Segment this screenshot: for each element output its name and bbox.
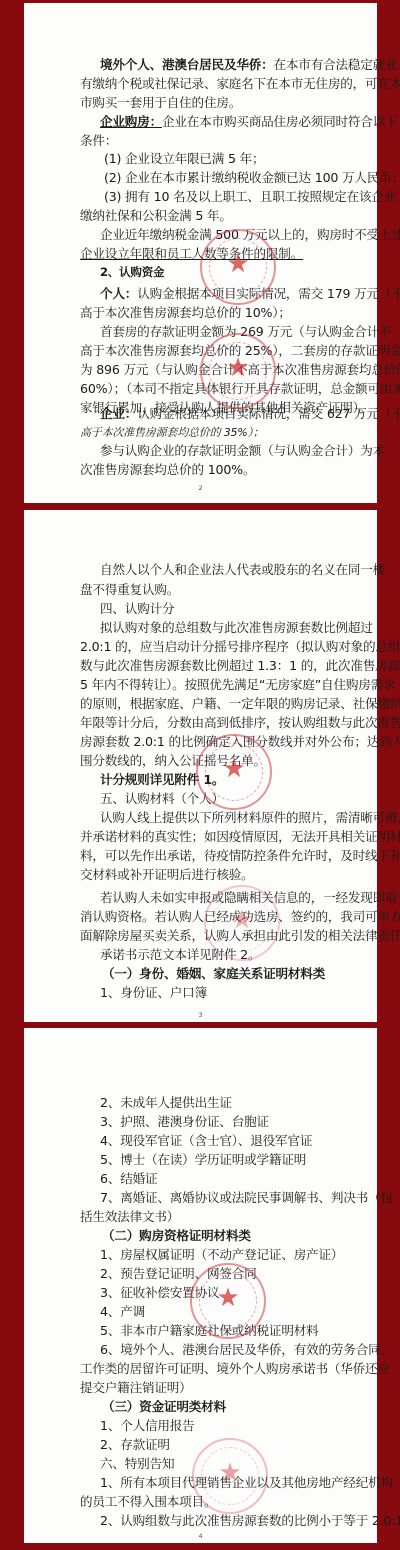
text-line: 自然人以个人和企业法人代表或股东的名义在同一楼 <box>100 562 370 577</box>
text-line: 高于本次准售房源套均总价的 35%）； <box>80 425 350 440</box>
list-item: 5、博士（在读）学历证明或学籍证明 <box>100 1152 370 1167</box>
text-line: 高于本次准售房源套均总价的 10%）； <box>80 305 350 320</box>
section-heading: （一）身份、婚姻、家庭关系证明材料类 <box>102 966 372 981</box>
list-item: 2、未成年人提供出生证 <box>100 1095 370 1110</box>
page-number: 2 <box>24 485 377 492</box>
text-line: 参与认购企业的存款证明金额（与认购金合计）为本 <box>100 443 370 458</box>
text-line: 拟认购对象的总组数与此次准售房源套数比例超过 <box>100 620 370 635</box>
text-line: 次准售房源套均总价的 100%。 <box>80 462 350 477</box>
text-line: 数与此次准售房源套数比例超过 1.3：1 的，此次准售房源 <box>80 658 350 673</box>
text-line: 盘不得重复认购。 <box>80 582 350 597</box>
section-heading: （三）资金证明类材料 <box>102 1399 372 1414</box>
text-line: 企业购房：企业在本市购买商品住房必须同时符合以下 <box>100 114 370 129</box>
list-item: 括生效法律文书） <box>80 1209 350 1224</box>
red-seal-icon: ★ <box>204 885 280 961</box>
text-line: 交材料或补开证明后进行核验。 <box>80 867 350 882</box>
text-line: (2) 企业在本市累计缴纳税收金额已达 100 万人民币； <box>104 170 374 185</box>
page-number: 4 <box>24 1533 377 1540</box>
document-page-3: 自然人以个人和企业法人代表或股东的名义在同一楼 盘不得重复认购。 四、认购计分 … <box>24 510 377 1022</box>
section-heading: （二）购房资格证明材料类 <box>102 1228 372 1243</box>
list-item: 3、护照、港澳身份证、台胞证 <box>100 1114 370 1129</box>
text-line: 年限等计分后，分数由高到低排序，按认购组数与此次准售 <box>80 715 350 730</box>
list-item: 7、离婚证、离婚协议或法院民事调解书、判决书（包 <box>100 1190 370 1205</box>
list-item: 提交户籍注销证明） <box>80 1380 350 1395</box>
text-line: (3) 拥有 10 名及以上职工、且职工按照规定在该企业 <box>104 189 374 204</box>
red-seal-icon: ★ <box>192 1438 268 1514</box>
text-line: (1) 企业设立年限已满 5 年； <box>104 151 374 166</box>
text-line: 认购人线上提供以下所列材料原件的照片，需清晰可辨， <box>100 810 370 825</box>
document-page-2: 境外个人、港澳台居民及华侨：在本市有合法稳定就业、 有缴纳个税或社保记录、家庭名… <box>24 3 377 503</box>
list-item: 2、认购组数与此次准售房源套数的比例小于等于 2.0:1， <box>100 1513 370 1528</box>
page-number: 3 <box>24 1012 377 1019</box>
red-seal-icon: ★ <box>190 1263 266 1339</box>
red-seal-icon: ★ <box>200 333 276 409</box>
list-item: 4、现役军官证（含士官）、退役军官证 <box>100 1133 370 1148</box>
list-item: 6、境外个人、港澳台居民及华侨，有效的劳务合同、 <box>100 1342 370 1357</box>
text-line: 条件： <box>80 133 350 148</box>
text-line: 1、身份证、户口簿 <box>100 985 370 1000</box>
document-page-4: 2、未成年人提供出生证 3、护照、港澳身份证、台胞证 4、现役军官证（含士官）、… <box>24 1028 377 1543</box>
text-line: 有缴纳个税或社保记录、家庭名下在本市无住房的，可在本 <box>80 76 350 91</box>
text-line: 2.0:1 的，应当启动计分摇号排序程序（拟认购对象的总组 <box>80 639 350 654</box>
text-line: 5 年内不得转让）。按照优先满足“无房家庭”自住购房需求 <box>80 677 350 692</box>
list-item: 工作类的居留许可证明、境外个人购房承诺书（华侨还应 <box>80 1361 350 1376</box>
text-line: 境外个人、港澳台居民及华侨：在本市有合法稳定就业、 <box>100 57 370 72</box>
text-line: 缴纳社保和公积金满 5 年。 <box>80 208 350 223</box>
list-item: 6、结婚证 <box>100 1171 370 1186</box>
red-seal-icon: ★ <box>200 229 276 305</box>
list-item: 1、房屋权属证明（不动产登记证、房产证） <box>100 1247 370 1262</box>
text-line: 的原则，根据家庭、户籍、一定年限的购房记录、社保缴纳 <box>80 696 350 711</box>
text-line: 市购买一套用于自住的住房。 <box>80 95 350 110</box>
text-line: 并承诺材料的真实性；如因疫情原因，无法开具相关证明材 <box>80 829 350 844</box>
red-seal-icon: ★ <box>196 734 272 810</box>
text-line: 料，可以先作出承诺，待疫情防控条件允许时，及时线下补 <box>80 848 350 863</box>
section-heading: 四、认购计分 <box>100 601 370 616</box>
list-item: 1、个人信用报告 <box>100 1418 370 1433</box>
